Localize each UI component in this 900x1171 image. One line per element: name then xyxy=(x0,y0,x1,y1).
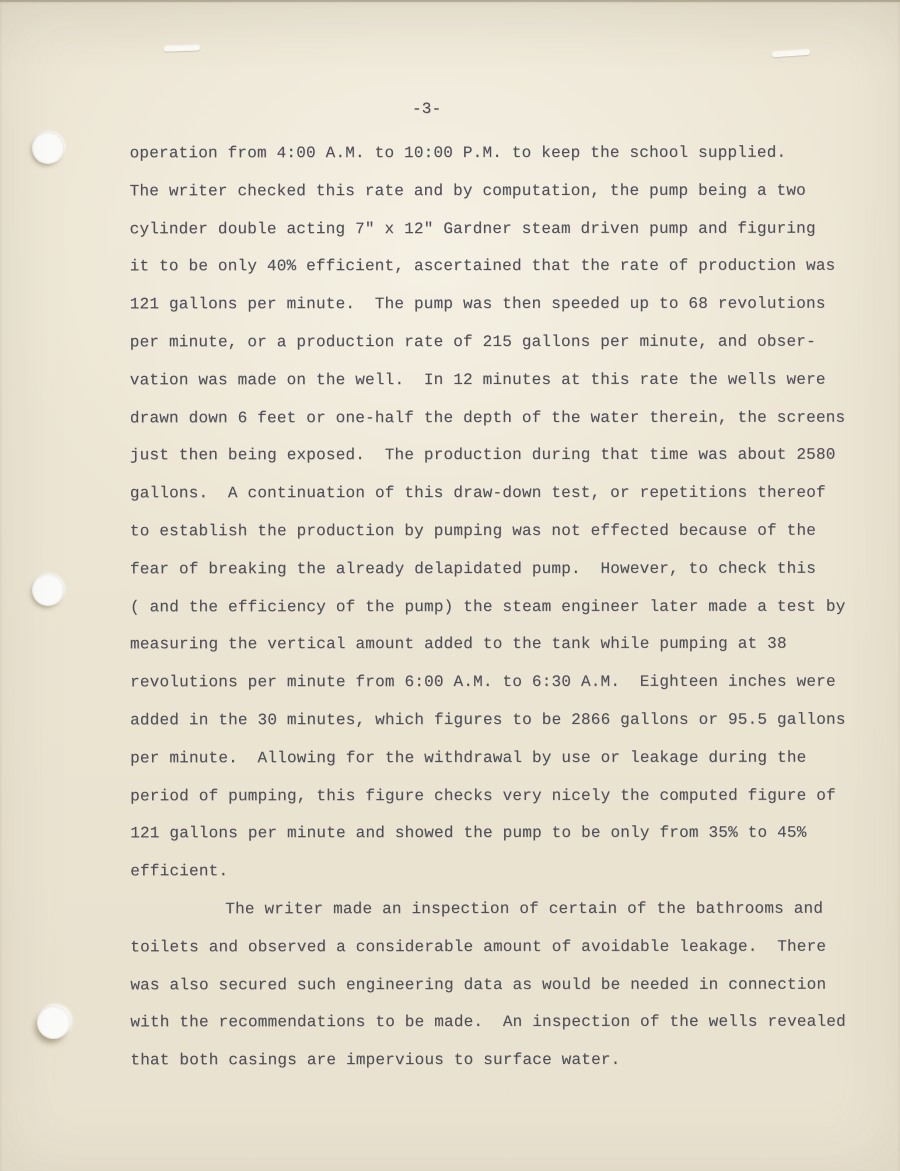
text-line: The writer checked this rate and by comp… xyxy=(130,172,870,210)
text-line: just then being exposed. The production … xyxy=(130,437,870,475)
text-line-paragraph-start: The writer made an inspection of certain… xyxy=(130,891,870,929)
text-line: gallons. A continuation of this draw-dow… xyxy=(130,475,870,513)
text-line: measuring the vertical amount added to t… xyxy=(130,626,870,664)
staple-mark-right xyxy=(772,50,810,58)
text-line: that both casings are impervious to surf… xyxy=(130,1042,870,1080)
page-number: -3- xyxy=(412,100,441,118)
text-line: 121 gallons per minute and showed the pu… xyxy=(130,815,870,853)
text-line: toilets and observed a considerable amou… xyxy=(130,928,870,966)
scan-top-edge xyxy=(0,0,900,2)
staple-mark-left xyxy=(164,45,200,51)
text-line: to establish the production by pumping w… xyxy=(130,513,870,551)
text-line: with the recommendations to be made. An … xyxy=(130,1004,870,1042)
text-line: period of pumping, this figure checks ve… xyxy=(130,777,870,815)
body-text: operation from 4:00 A.M. to 10:00 P.M. t… xyxy=(130,135,871,1081)
text-line: 121 gallons per minute. The pump was the… xyxy=(130,286,870,324)
text-line: cylinder double acting 7" x 12" Gardner … xyxy=(130,210,870,248)
document-page: -3- operation from 4:00 A.M. to 10:00 P.… xyxy=(0,0,900,1171)
text-line: vation was made on the well. In 12 minut… xyxy=(130,361,870,399)
text-line: per minute, or a production rate of 215 … xyxy=(130,324,870,362)
text-line: drawn down 6 feet or one-half the depth … xyxy=(130,399,870,437)
text-line: efficient. xyxy=(130,853,870,891)
punch-hole-middle xyxy=(32,574,64,606)
text-line: per minute. Allowing for the withdrawal … xyxy=(130,739,870,777)
punch-hole-top xyxy=(32,132,64,164)
text-line: it to be only 40% efficient, ascertained… xyxy=(130,248,870,286)
text-line: operation from 4:00 A.M. to 10:00 P.M. t… xyxy=(130,135,870,173)
text-line: fear of breaking the already delapidated… xyxy=(130,550,870,588)
text-line: added in the 30 minutes, which figures t… xyxy=(130,702,870,740)
text-line: ( and the efficiency of the pump) the st… xyxy=(130,588,870,626)
text-line: was also secured such engineering data a… xyxy=(130,966,870,1004)
text-line: revolutions per minute from 6:00 A.M. to… xyxy=(130,664,870,702)
punch-hole-bottom xyxy=(37,1006,70,1039)
